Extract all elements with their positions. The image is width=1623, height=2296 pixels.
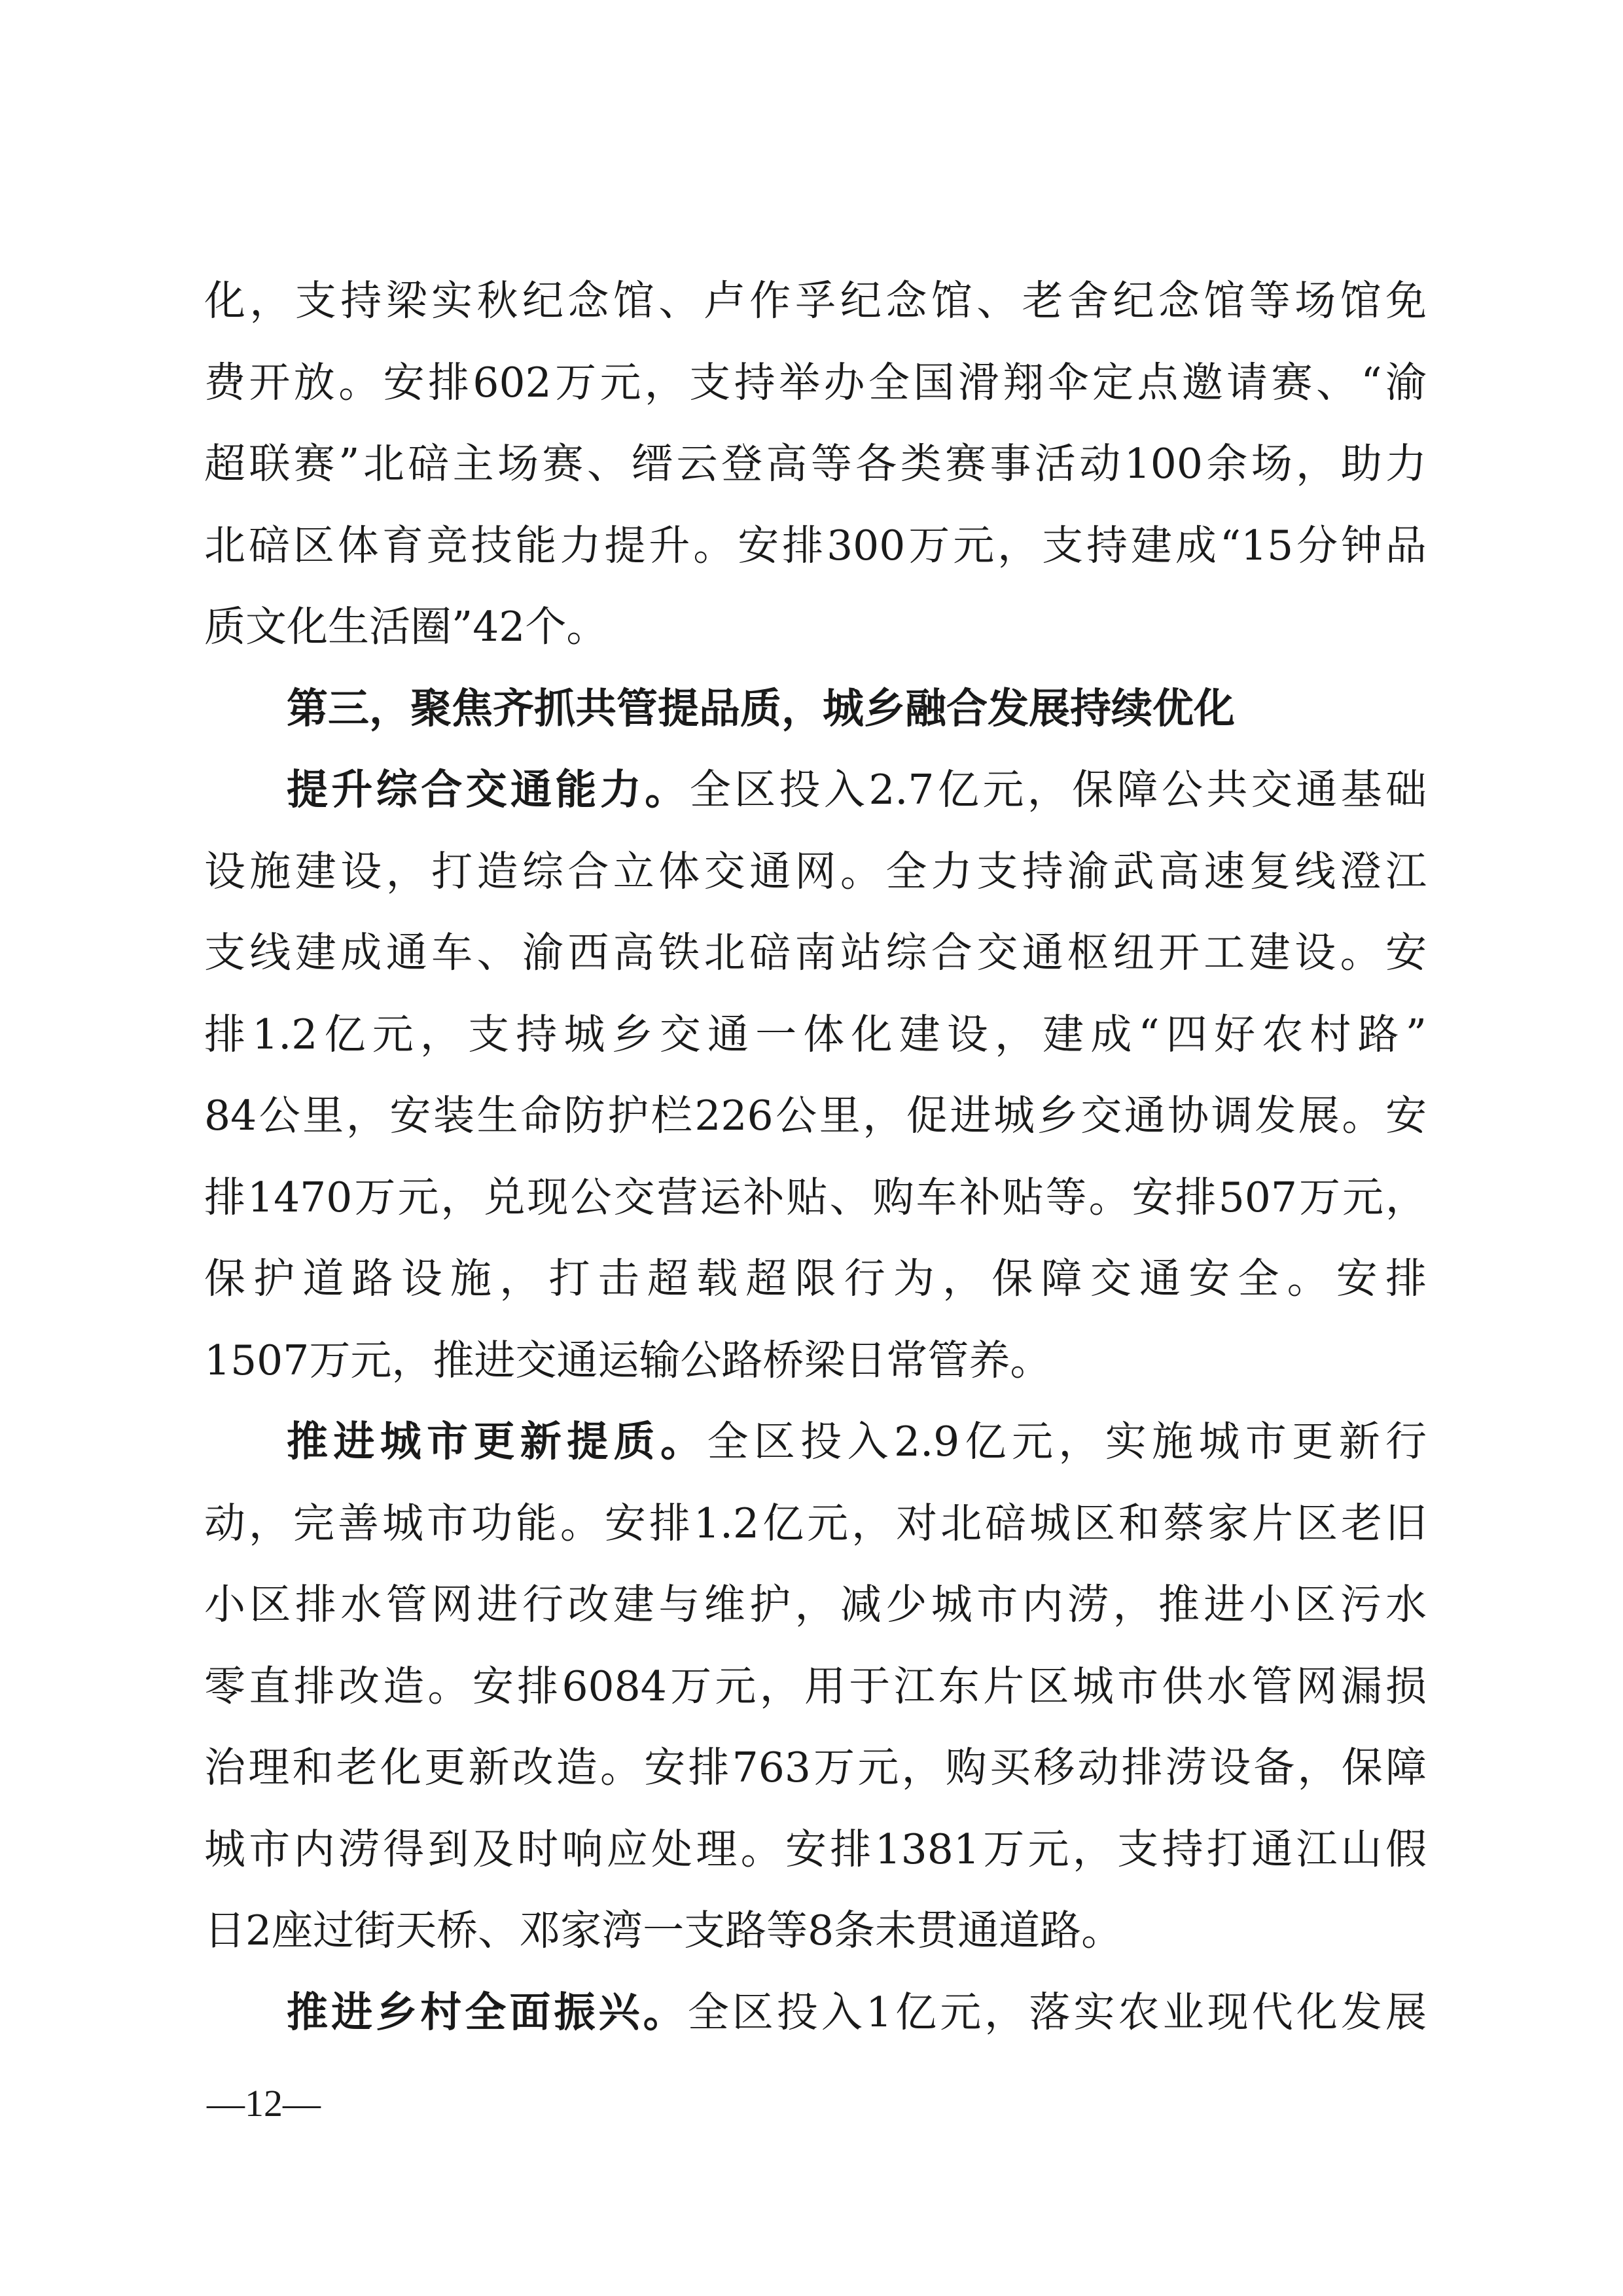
paragraph-lead: 推进乡村全面振兴。 — [287, 1988, 688, 2036]
paragraph-culture-continued: 化，支持梁实秋纪念馆、卢作孚纪念馆、老舍纪念馆等场馆免 费开放。安排602万元，… — [204, 260, 1427, 668]
text-line: 城市内涝得到及时响应处理。安排1381万元，支持打通江山假 — [204, 1809, 1427, 1891]
text-line: 提升综合交通能力。全区投入2.7亿元，保障公共交通基础 — [204, 749, 1427, 831]
text-line: 84公里，安装生命防护栏226公里，促进城乡交通协调发展。安 — [204, 1075, 1427, 1157]
text-line: 推进城市更新提质。全区投入2.9亿元，实施城市更新行 — [204, 1401, 1427, 1483]
text-line: 治理和老化更新改造。安排763万元，购买移动排涝设备，保障 — [204, 1727, 1427, 1809]
text-line: 排1.2亿元，支持城乡交通一体化建设，建成“四好农村路” — [204, 994, 1427, 1076]
text-line: 设施建设，打造综合立体交通网。全力支持渝武高速复线澄江 — [204, 831, 1427, 913]
paragraph-rural-revitalization: 推进乡村全面振兴。全区投入1亿元，落实农业现代化发展 — [204, 1972, 1427, 2054]
text-line: 保护道路设施，打击超载超限行为，保障交通安全。安排 — [204, 1238, 1427, 1320]
paragraph-lead: 推进城市更新提质。 — [287, 1418, 707, 1465]
text-line: 1507万元，推进交通运输公路桥梁日常管养。 — [204, 1320, 1427, 1402]
document-page-body: 化，支持梁实秋纪念馆、卢作孚纪念馆、老舍纪念馆等场馆免 费开放。安排602万元，… — [204, 260, 1427, 2053]
paragraph-lead: 提升综合交通能力。 — [287, 766, 690, 814]
text-line: 化，支持梁实秋纪念馆、卢作孚纪念馆、老舍纪念馆等场馆免 — [204, 260, 1427, 342]
text-line: 零直排改造。安排6084万元，用于江东片区城市供水管网漏损 — [204, 1646, 1427, 1728]
text-span: 全区投入1亿元，落实农业现代化发展 — [688, 1988, 1427, 2036]
paragraph-transport: 提升综合交通能力。全区投入2.7亿元，保障公共交通基础 设施建设，打造综合立体交… — [204, 749, 1427, 1401]
text-line: 推进乡村全面振兴。全区投入1亿元，落实农业现代化发展 — [204, 1972, 1427, 2054]
page-number: —12— — [207, 2081, 321, 2125]
text-line: 超联赛”北碚主场赛、缙云登高等各类赛事活动100余场，助力 — [204, 423, 1427, 505]
paragraph-urban-renewal: 推进城市更新提质。全区投入2.9亿元，实施城市更新行 动，完善城市功能。安排1.… — [204, 1401, 1427, 1972]
text-line: 费开放。安排602万元，支持举办全国滑翔伞定点邀请赛、“渝 — [204, 342, 1427, 424]
text-line: 质文化生活圈”42个。 — [204, 586, 1427, 668]
text-line: 日2座过街天桥、邓家湾一支路等8条未贯通道路。 — [204, 1890, 1427, 1972]
text-span: 全区投入2.7亿元，保障公共交通基础 — [690, 766, 1427, 814]
text-line: 支线建成通车、渝西高铁北碚南站综合交通枢纽开工建设。安 — [204, 912, 1427, 994]
text-span: 全区投入2.9亿元，实施城市更新行 — [707, 1418, 1427, 1465]
text-line: 北碚区体育竞技能力提升。安排300万元，支持建成“15分钟品 — [204, 505, 1427, 587]
text-line: 排1470万元，兑现公交营运补贴、购车补贴等。安排507万元， — [204, 1157, 1427, 1239]
section-heading: 第三，聚焦齐抓共管提品质，城乡融合发展持续优化 — [204, 668, 1427, 750]
text-line: 动，完善城市功能。安排1.2亿元，对北碚城区和蔡家片区老旧 — [204, 1483, 1427, 1565]
text-line: 小区排水管网进行改建与维护，减少城市内涝，推进小区污水 — [204, 1564, 1427, 1646]
